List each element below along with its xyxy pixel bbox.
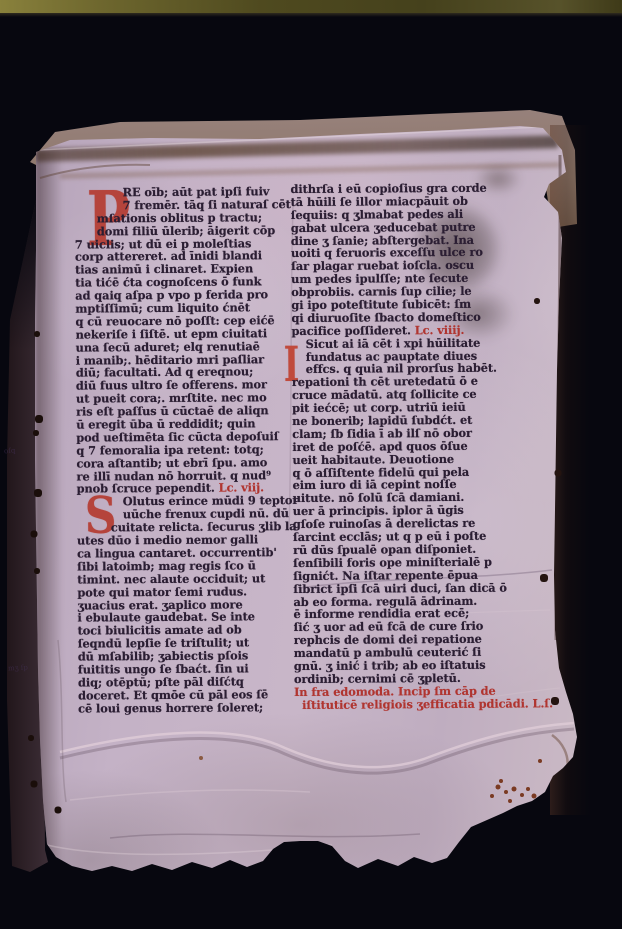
manuscript-text-line: iſtituticē religiois ʒefficatia pdicādi.… (302, 696, 526, 710)
manuscript-text-line: domi filiū ūlerib; āigerit cōp (97, 223, 287, 237)
rubric-text: iſtituticē religiois ʒefficatia pdicādi.… (302, 696, 553, 712)
right-text-column: dithrſa i eū copioſius gra cordetā hūili… (290, 180, 526, 710)
film-edge-shadow (0, 13, 622, 17)
marginal-note: mʒ ſp (8, 663, 28, 672)
manuscript-text-line: Olutus erince mūdi 9 teptor (123, 493, 289, 507)
manuscript-text-line: ſenſibili foris ope miniſterialē p (293, 554, 525, 569)
manuscript-text-line: mſationis oblitus p tractu; (97, 210, 287, 224)
rubric-text: Lc. viiij. (415, 323, 465, 337)
wormhole-spots (0, 0, 2, 2)
manuscript-text-line: timint. nec alaute occiduit; ut (77, 571, 289, 585)
manuscript-text-line: RE oīb; aūt pat ipſi fuiv (122, 184, 286, 198)
manuscript-text-line: effcs. q quia nil prorſus habēt. (306, 361, 524, 375)
manuscript-text-line: cora aſtantib; ut ebrī ſpu. amo (76, 455, 288, 469)
manuscript-text-line: 7 fremēr. tāq ſi naturaſ cēt (123, 197, 287, 211)
film-edge-strip (0, 0, 622, 13)
manuscript-text-line: pod ueſtimēta ſic cūcta depoſuiſ (76, 429, 288, 443)
manuscript-text-line: doceret. Et qmōe cū pāl eos ſē (78, 687, 290, 701)
manuscript-text-line: i manib;. hēditario mri paſliar (76, 352, 288, 366)
manuscript-text-line: ca lingua cantaret. occurrentib' (77, 545, 289, 559)
manuscript-photo: P S I RE oīb; aūt pat ipſi fuiv7 fremēr.… (0, 0, 622, 929)
manuscript-text-line: corp attereret. ad īnidi blandi (75, 249, 287, 263)
manuscript-text-line: cuitate relicta. ſecurus ʒlib la (111, 519, 289, 533)
manuscript-text-line: nekeriſe i ſiſtē. ut epm ciuitati (75, 326, 287, 340)
manuscript-text-line: cē loui genus horrere ſoleret; (78, 700, 290, 714)
manuscript-text-line: ſibrict ipſi ſcā uiri duci, ſan dicā ō (293, 580, 525, 595)
left-text-column: RE oīb; aūt pat ipſi fuiv7 fremēr. tāq ſ… (74, 184, 290, 714)
manuscript-text-line: una ſecū aduret; elq renutiaē (76, 339, 288, 353)
manuscript-text-line: ad qaiq aſpa p vpo p ferida pro (75, 287, 287, 301)
manuscript-text-line: ris eſt paſſus ū cūctaē de aliqn (76, 403, 288, 417)
manuscript-text-line: uūche frenux cupdi nū. dū (123, 506, 289, 520)
manuscript-text-line: q 7 femoralia ipa retent: totq; (76, 442, 288, 456)
manuscript-text-line: q cū reuocare nō poſſt: cep eićē (75, 313, 287, 327)
marginal-note: oſq (4, 447, 16, 456)
